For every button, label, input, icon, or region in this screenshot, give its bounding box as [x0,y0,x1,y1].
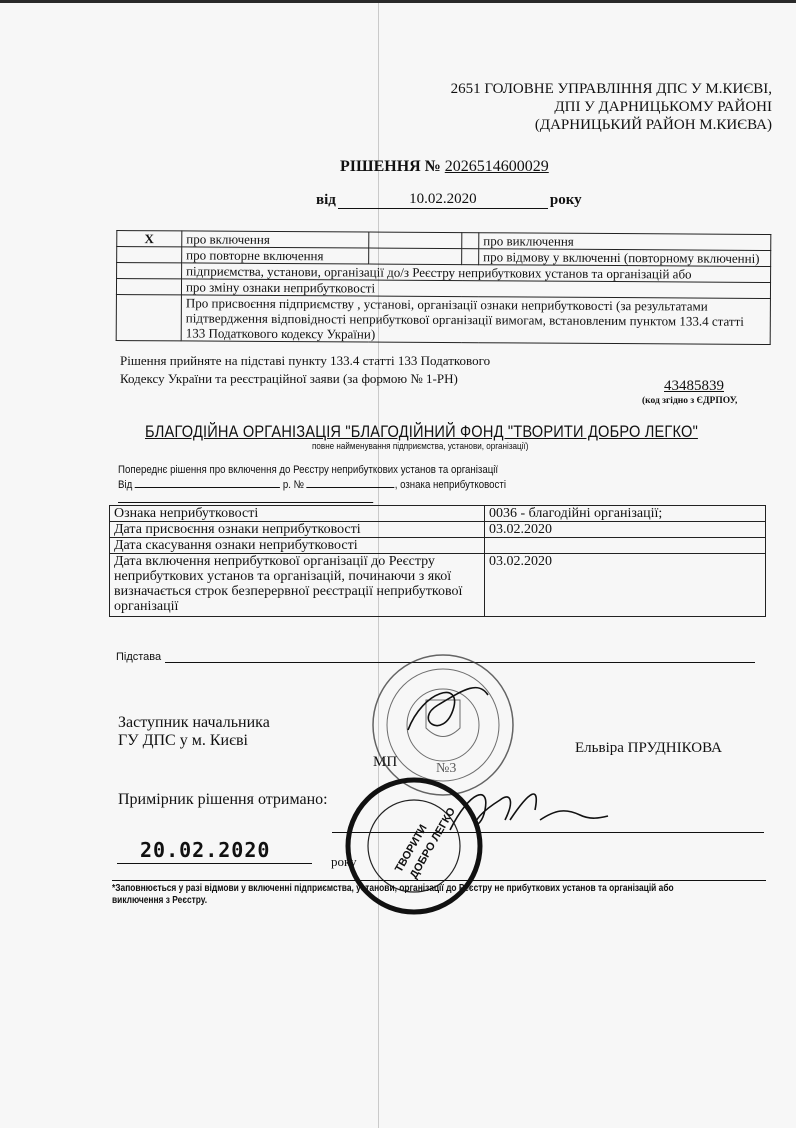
status-label: Дата включення неприбуткової організації… [110,554,485,617]
from-label: від [316,192,336,209]
position-line: Заступник начальника [118,714,270,732]
edrpou-caption: (код згідно з ЄДРПОУ, [642,396,737,406]
blank-sign-line [118,492,373,503]
position-line: ГУ ДПС у м. Києві [118,732,270,750]
type-option: про повторне включення [182,247,369,264]
status-label: Ознака неприбутковості [110,506,485,522]
received-label: Примірник рішення отримано: [118,791,328,809]
previous-decision-fields: Від р. № , ознака неприбутковості [118,477,715,507]
footnote-divider [112,880,766,881]
empty-cell [116,295,181,341]
svg-text:№3: №3 [436,761,456,776]
basis-label: Підстава [116,651,161,663]
decision-title-label: РІШЕННЯ № [340,158,441,175]
status-label: Дата присвоєння ознаки неприбутковості [110,522,485,538]
previous-decision-title: Попереднє рішення про включення до Реєст… [118,464,715,477]
empty-cell [369,232,462,249]
issuer-line: 2651 ГОЛОВНЕ УПРАВЛІННЯ ДПС У М.КИЄВІ, [372,80,772,98]
table-row: Дата присвоєння ознаки неприбутковості 0… [110,522,766,538]
decision-type-table: Х про включення про виключення про повто… [116,230,772,345]
previous-decision: Попереднє рішення про включення до Реєст… [118,464,715,507]
status-value: 03.02.2020 [485,522,766,538]
table-row: Дата включення неприбуткової організації… [110,554,766,617]
organization-name: БЛАГОДІЙНА ОРГАНІЗАЦІЯ "БЛАГОДІЙНИЙ ФОНД… [145,422,698,442]
organization-caption: повне найменування підприємства, установ… [312,441,528,451]
decision-date-line: від 10.02.2020 року [316,191,582,209]
empty-cell [462,249,479,265]
status-value: 0036 - благодійні організації; [485,506,766,522]
empty-cell [117,263,182,279]
type-option: Про присвоєння підприємству , установі, … [181,295,770,345]
edrpou-code: 43485839 [664,378,724,395]
seal-place-label: МП [373,754,397,771]
received-date: 20.02.2020 [140,838,270,862]
basis-line: Рішення прийняте на підставі пункту 133.… [120,352,490,370]
receiver-signature-icon [440,780,610,840]
table-row: Про присвоєння підприємству , установі, … [116,295,770,345]
signatory-position: Заступник начальника ГУ ДПС у м. Києві [118,714,270,750]
issuer-header: 2651 ГОЛОВНЕ УПРАВЛІННЯ ДПС У М.КИЄВІ, Д… [372,80,772,134]
empty-cell [369,248,462,265]
status-value [485,538,766,554]
blank-number-line [307,477,395,488]
decision-title: РІШЕННЯ №2026514600029 [340,158,549,176]
empty-cell [462,233,479,249]
sign-label: , ознака неприбутковості [395,479,506,491]
type-option: про відмову у включенні (повторному вклю… [479,249,771,267]
type-option: про виключення [479,233,771,251]
scan-top-edge [0,0,796,3]
status-table: Ознака неприбутковості 0036 - благодійні… [109,505,766,617]
issuer-line: (ДАРНИЦЬКИЙ РАЙОН М.КИЄВА) [372,116,772,134]
decision-basis: Рішення прийняте на підставі пункту 133.… [120,352,490,388]
type-option: про включення [182,231,369,248]
basis-line: Кодексу України та реєстраційної заяви (… [120,370,490,388]
table-row: Ознака неприбутковості 0036 - благодійні… [110,506,766,522]
year-label: року [550,192,582,209]
received-date-line [117,863,312,864]
from-label: Від [118,479,132,491]
number-label: р. № [283,479,304,491]
signer-name: Ельвіра ПРУДНІКОВА [575,740,722,757]
decision-date: 10.02.2020 [338,191,548,209]
decision-number: 2026514600029 [445,158,549,175]
table-row: Дата скасування ознаки неприбутковості [110,538,766,554]
issuer-line: ДПІ У ДАРНИЦЬКОМУ РАЙОНІ [372,98,772,116]
status-label: Дата скасування ознаки неприбутковості [110,538,485,554]
status-value: 03.02.2020 [485,554,766,617]
empty-cell [116,279,181,295]
footnote: *Заповнюється у разі відмови у включенні… [112,883,717,907]
footnote-line: виключення з Реєстру. [112,895,717,907]
selected-mark: Х [117,231,182,247]
footnote-line: *Заповнюється у разі відмови у включенні… [112,883,717,895]
blank-date-line [135,477,280,488]
empty-cell [117,247,182,263]
